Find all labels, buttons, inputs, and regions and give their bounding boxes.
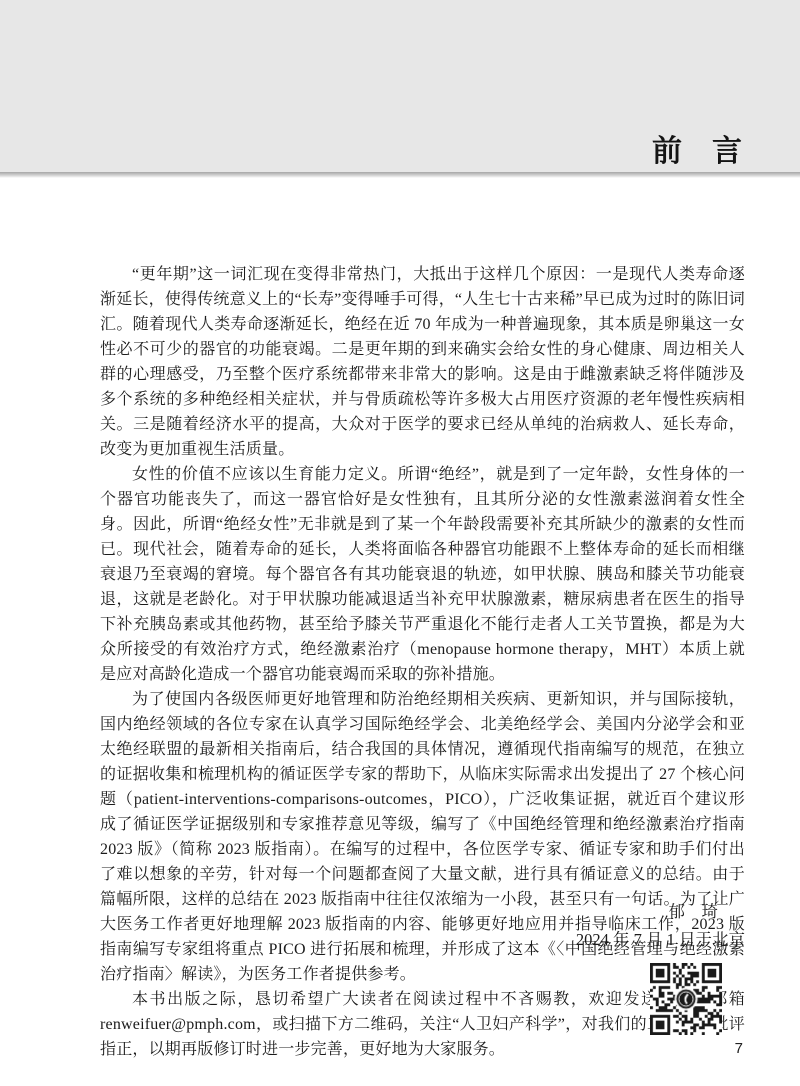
author-name: 郁 琦 [576,898,745,926]
header-shadow-divider [0,172,800,178]
page-header: 前 言 [0,0,800,172]
preface-page: 前 言 “更年期”这一词汇现在变得非常热门，大抵出于这样几个原因：一是现代人类寿… [0,0,800,1086]
signature-block: 郁 琦 2024 年 7 月 1 日于北京 [576,898,745,954]
paragraph-2: 女性的价值不应该以生育能力定义。所谓“绝经”，就是到了一定年龄，女性身体的一个器… [100,462,745,687]
paragraph-4: 本书出版之际，恳切希望广大读者在阅读过程中不吝赐教，欢迎发送邮件至邮箱 renw… [100,987,745,1062]
qr-code-icon [650,963,722,1035]
signature-date: 2024 年 7 月 1 日于北京 [576,926,745,954]
page-number: 7 [735,1040,743,1057]
paragraph-1: “更年期”这一词汇现在变得非常热门，大抵出于这样几个原因：一是现代人类寿命逐渐延… [100,262,745,462]
page-title: 前 言 [652,137,742,167]
